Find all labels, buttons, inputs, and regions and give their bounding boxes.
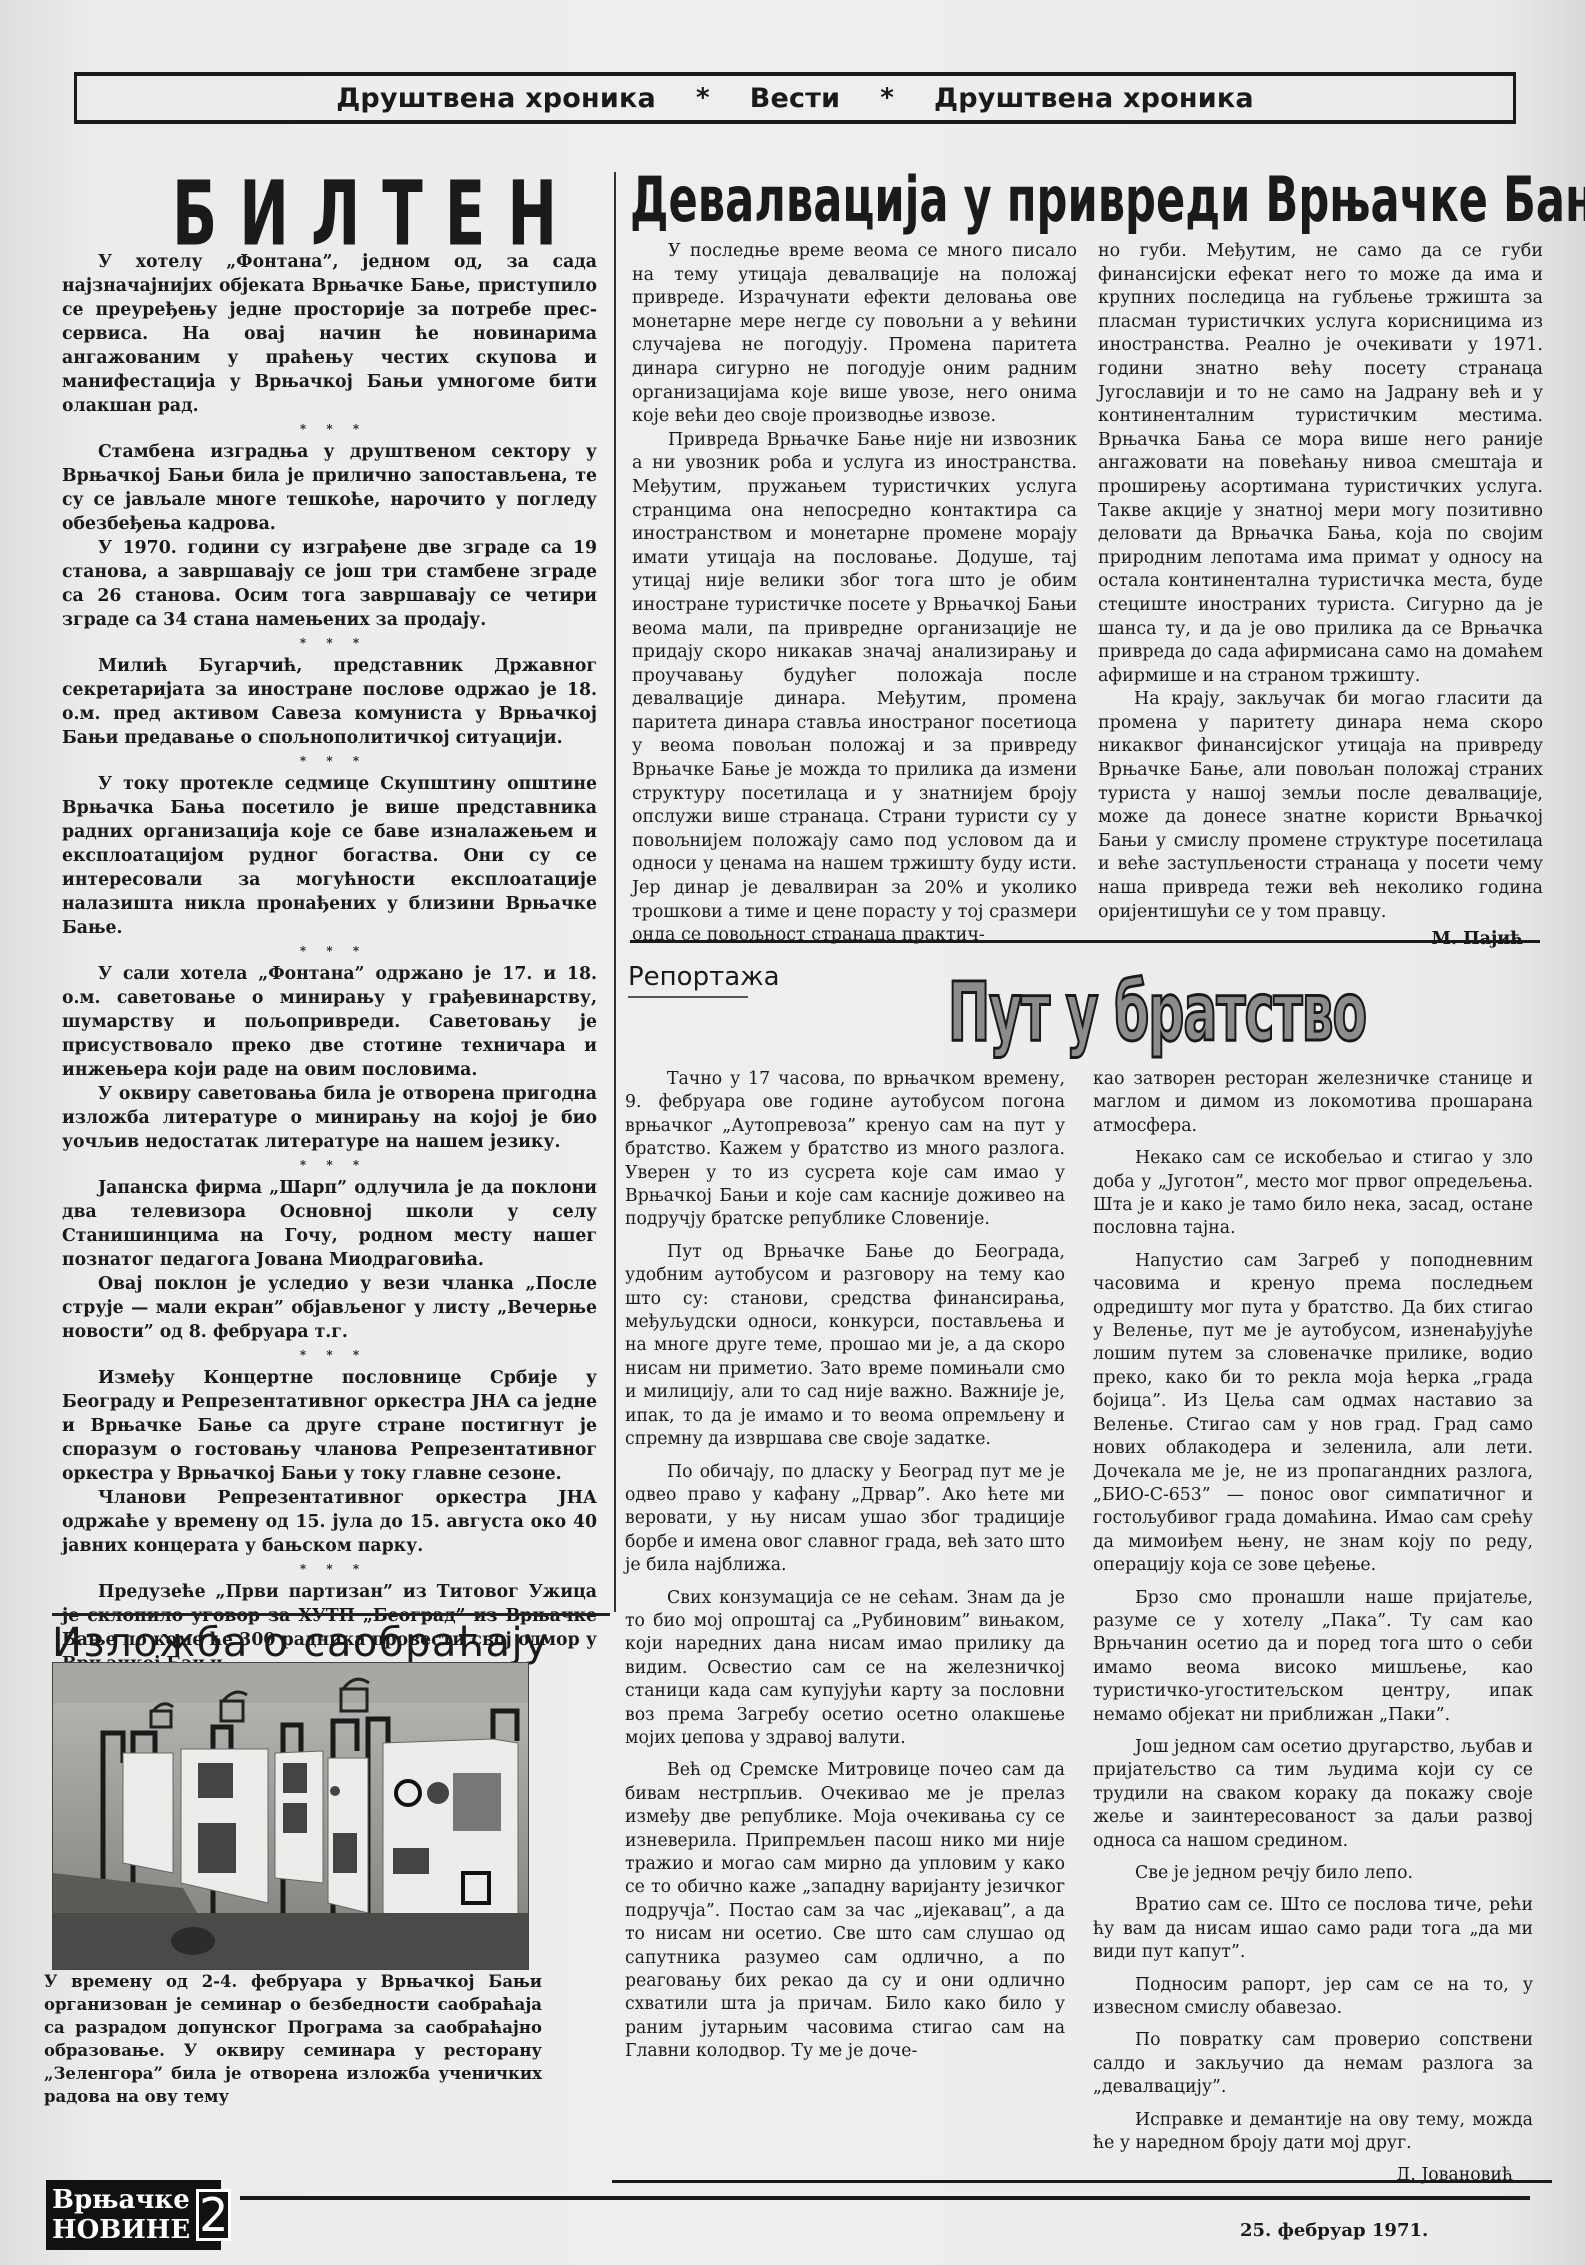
paragraph: У 1970. години су изграђене две зграде с… (62, 536, 597, 632)
paragraph: У току протекле седмице Скупштину општин… (62, 772, 597, 940)
exhibition-headline: Изложба о саобраћају (52, 1620, 549, 1666)
paragraph: Тачно у 17 часова, по врњачком времену, … (625, 1068, 1065, 1232)
bilten-item: У току протекле седмице Скупштину општин… (62, 772, 597, 940)
bilten-item: Између Концертне пословнице Србије у Бео… (62, 1366, 597, 1558)
exhibition-photo-image (53, 1663, 529, 1970)
reportage-column-2: као затворен ресторан железничке станице… (1093, 1068, 1533, 2188)
horizontal-rule (630, 940, 1540, 943)
paragraph: но губи. Међутим, не само да се губи фин… (1098, 240, 1543, 688)
paragraph: Милић Бугарчић, представник Државног сек… (62, 654, 597, 750)
logo-line2: НОВИНЕ (52, 2215, 190, 2245)
paragraph: У хотелу „Фонтана”, једном од, за сада н… (62, 250, 597, 418)
bilten-item: Стамбена изградња у друштвеном сектору у… (62, 440, 597, 632)
paragraph: Подносим рапорт, јер сам се на то, у изв… (1093, 1974, 1533, 2021)
bilten-item: У хотелу „Фонтана”, једном од, за сада н… (62, 250, 597, 418)
bilten-column: У хотелу „Фонтана”, једном од, за сада н… (62, 250, 597, 1676)
section-label-center: Вести (750, 83, 840, 114)
paragraph: У сали хотела „Фонтана” одржано је 17. и… (62, 962, 597, 1082)
logo-line1: Врњачке (52, 2185, 190, 2215)
paragraph: Свих конзумација се не сећам. Знам да је… (625, 1587, 1065, 1751)
bilten-item: Јапанска фирма „Шарп” одлучила је да пок… (62, 1176, 597, 1344)
devaluation-headline: Девалвација у привреди Врњачке Бање (630, 164, 1585, 237)
page-number: 2 (196, 2189, 231, 2241)
paragraph: Вратио сам се. Што се послова тиче, рећи… (1093, 1894, 1533, 1964)
bilten-item: Милић Бугарчић, представник Државног сек… (62, 654, 597, 750)
section-header-band: Друштвена хроника * Вести * Друштвена хр… (74, 72, 1516, 124)
reportage-headline: Пут у братство (948, 966, 1366, 1060)
separator-star: * (696, 83, 710, 113)
item-separator: * * * (62, 940, 597, 962)
item-separator: * * * (62, 632, 597, 654)
paragraph: Напустио сам Загреб у поподневним часови… (1093, 1250, 1533, 1578)
paragraph: Чланови Репрезентативног оркестра ЈНА од… (62, 1486, 597, 1558)
paragraph: У последње време веома се много писало н… (632, 240, 1077, 429)
horizontal-rule (612, 2180, 1552, 2183)
column-divider (614, 172, 616, 1612)
item-separator: * * * (62, 1154, 597, 1176)
section-label-right: Друштвена хроника (934, 83, 1254, 114)
paragraph: На крају, закључак би могао гласити да п… (1098, 688, 1543, 924)
newspaper-logo: Врњачке НОВИНЕ 2 (46, 2180, 221, 2250)
horizontal-rule (240, 2196, 1530, 2200)
paragraph: По повратку сам проверио сопствени салдо… (1093, 2029, 1533, 2099)
devaluation-column-2: но губи. Међутим, не само да се губи фин… (1098, 240, 1543, 952)
issue-date: 25. фебруар 1971. (1240, 2220, 1428, 2241)
item-separator: * * * (62, 750, 597, 772)
author-signature: Д. Јовановић (1093, 2164, 1533, 2187)
reportage-column-1: Тачно у 17 часова, по врњачком времену, … (625, 1068, 1065, 2073)
label-underline (628, 996, 748, 998)
item-separator: * * * (62, 1344, 597, 1366)
item-separator: * * * (62, 1558, 597, 1580)
paragraph: као затворен ресторан железничке станице… (1093, 1068, 1533, 1138)
paragraph: Између Концертне пословнице Србије у Бео… (62, 1366, 597, 1486)
newspaper-page: Друштвена хроника * Вести * Друштвена хр… (0, 0, 1585, 2265)
paragraph: Већ од Сремске Митровице почео сам да би… (625, 1759, 1065, 2063)
paragraph: Јапанска фирма „Шарп” одлучила је да пок… (62, 1176, 597, 1272)
section-label-left: Друштвена хроника (336, 83, 656, 114)
exhibition-photo (52, 1662, 529, 1970)
horizontal-rule (52, 1613, 610, 1616)
item-separator: * * * (62, 418, 597, 440)
paragraph: Исправке и демантије на ову тему, можда … (1093, 2109, 1533, 2156)
separator-star: * (880, 83, 894, 113)
bilten-item: У сали хотела „Фонтана” одржано је 17. и… (62, 962, 597, 1154)
paragraph: Некако сам се искобељао и стигао у зло д… (1093, 1147, 1533, 1241)
paragraph: Брзо смо пронашли наше пријатеље, разуме… (1093, 1587, 1533, 1727)
exhibition-caption: У времену од 2-4. фебруара у Врњачкој Ба… (44, 1970, 542, 2108)
paragraph: Пут од Врњачке Бање до Београда, удобним… (625, 1241, 1065, 1452)
reportage-label: Репортажа (628, 962, 780, 992)
paragraph: Овај поклон је уследио у вези чланка „По… (62, 1272, 597, 1344)
paragraph: По обичају, по дласку у Београд пут ме ј… (625, 1461, 1065, 1578)
paragraph: Стамбена изградња у друштвеном сектору у… (62, 440, 597, 536)
paragraph: Све је једном речју било лепо. (1093, 1862, 1533, 1885)
paragraph: Још једном сам осетио другарство, љубав … (1093, 1736, 1533, 1853)
paragraph: У оквиру саветовања била је отворена при… (62, 1082, 597, 1154)
paragraph: Привреда Врњачке Бање није ни извозник а… (632, 429, 1077, 948)
devaluation-column-1: У последње време веома се много писало н… (632, 240, 1077, 948)
